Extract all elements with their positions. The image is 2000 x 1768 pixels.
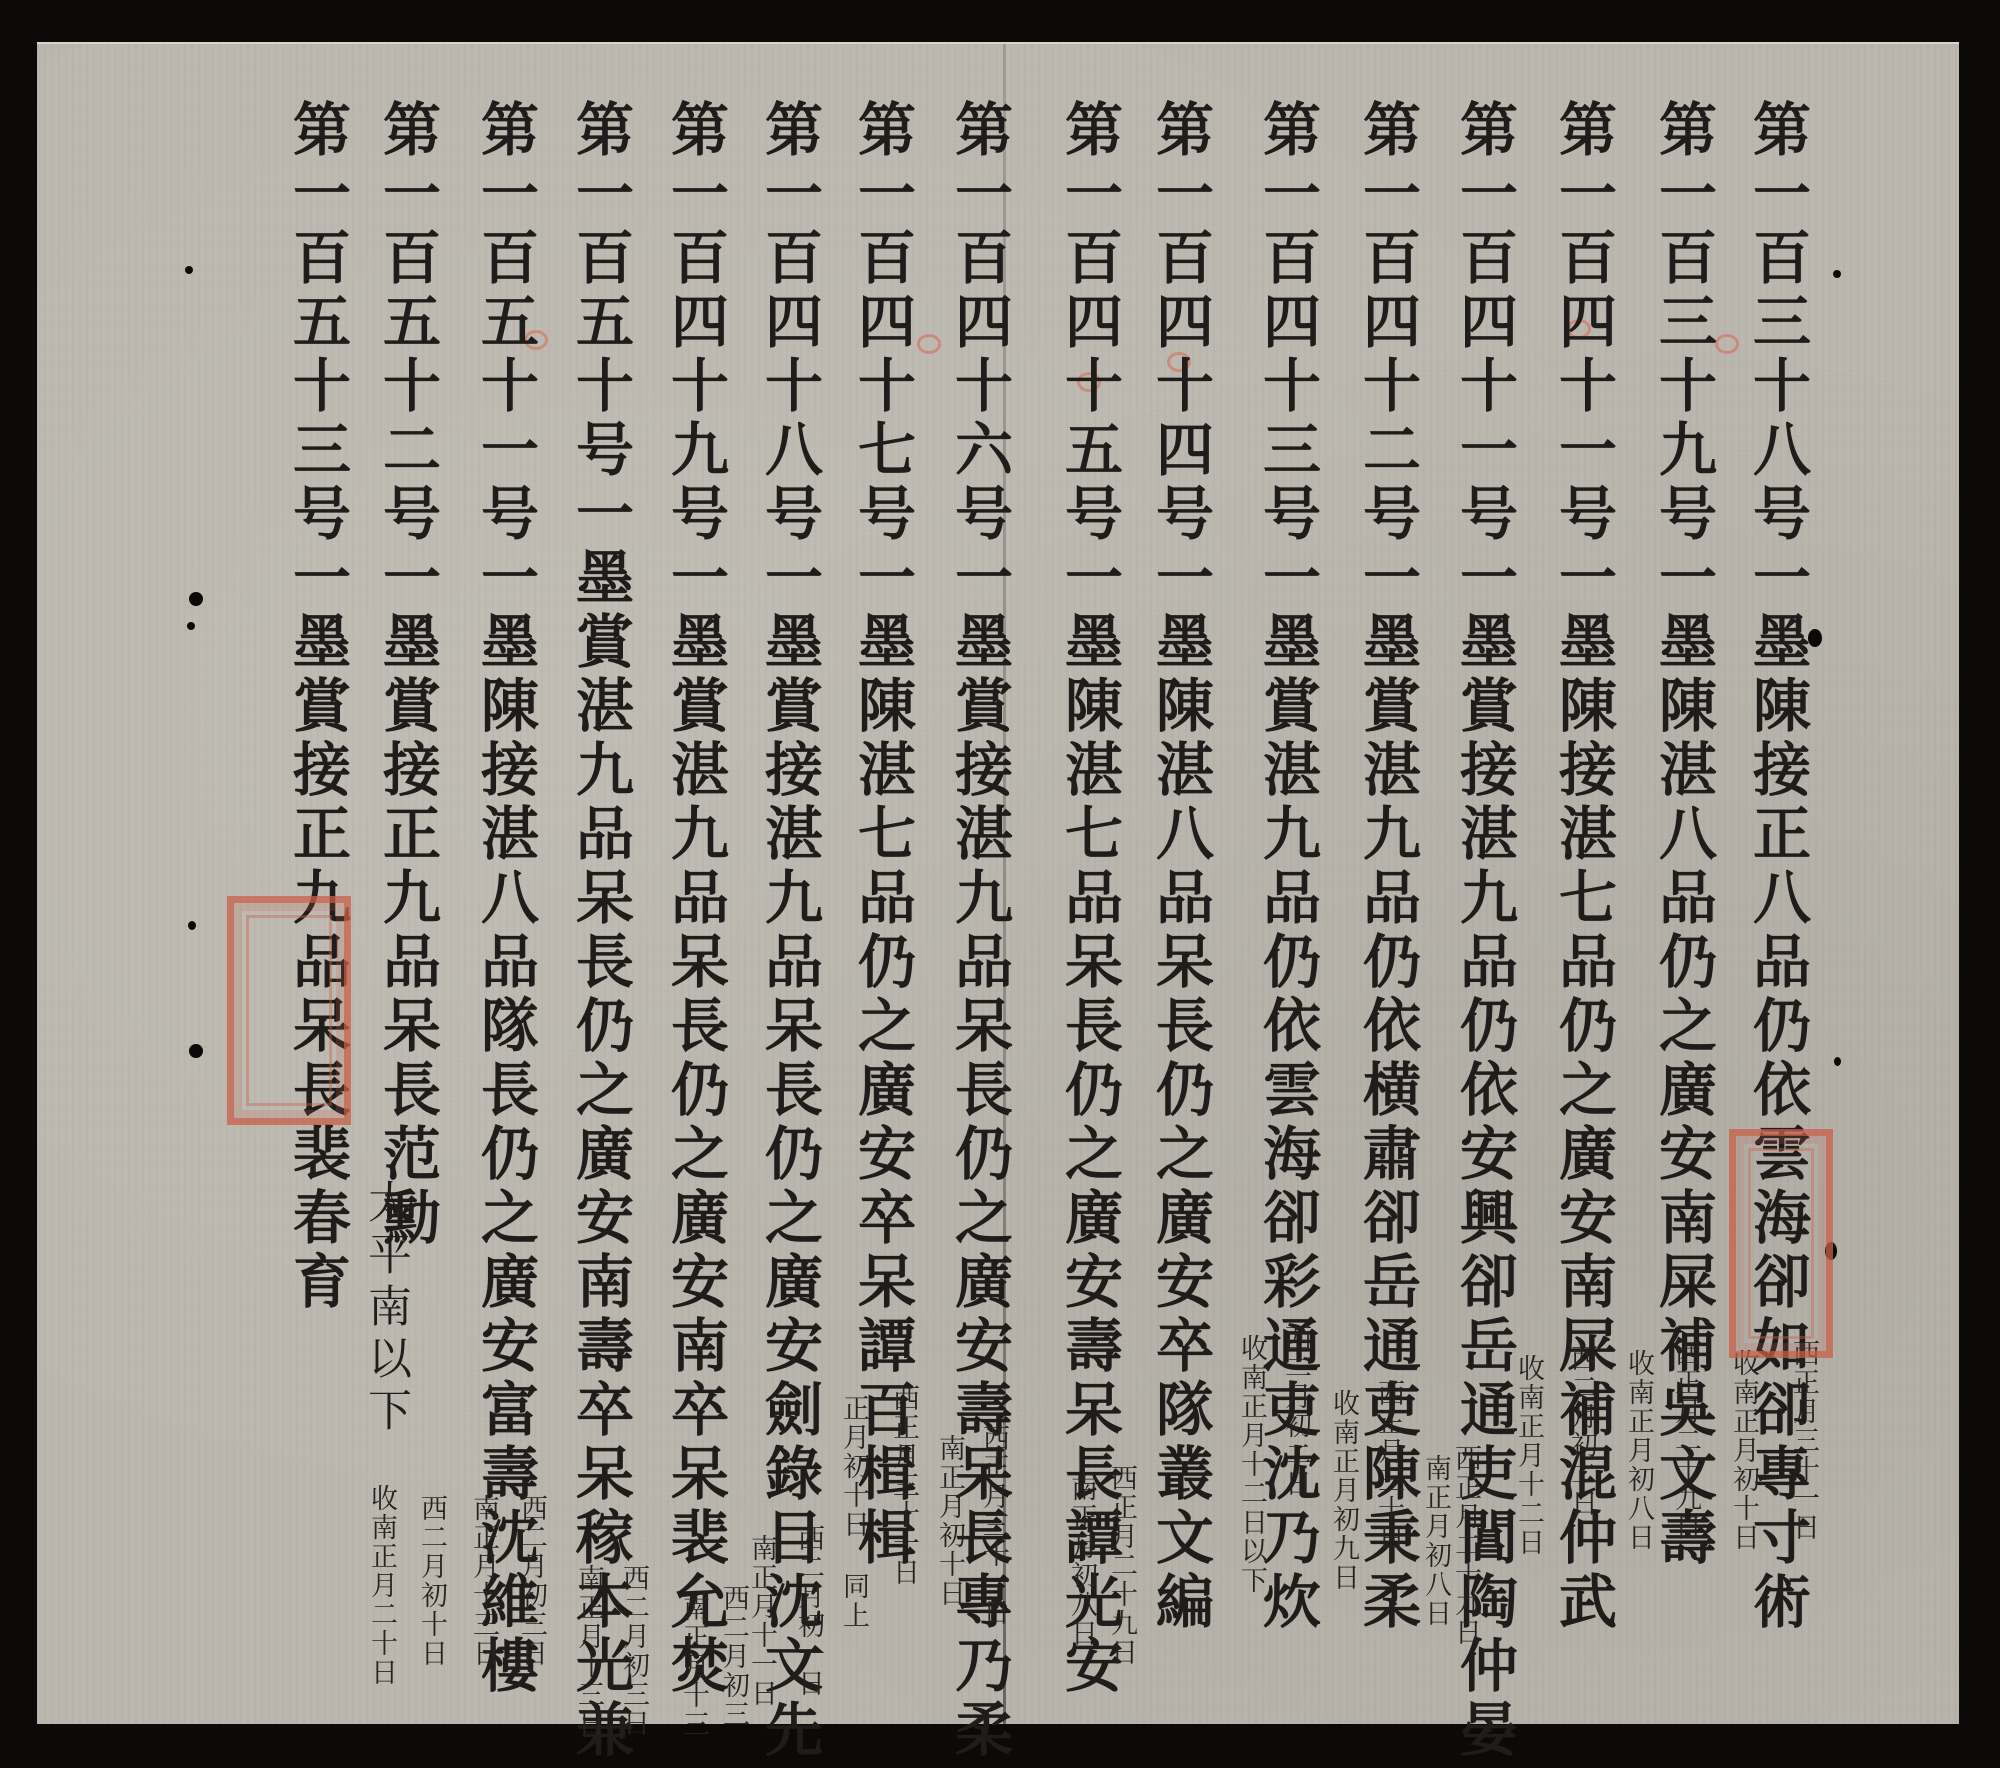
punch-hole (1833, 270, 1841, 278)
date-annotation: 西正月二十九日 (1105, 1464, 1137, 1667)
date-annotation: 收南正月十二日 (1512, 1354, 1544, 1557)
date-annotation: 西正月二十九日 (1669, 1339, 1701, 1542)
date-annotation: 正月初十日 同上 (837, 1394, 869, 1630)
punch-hole (187, 622, 195, 630)
punch-hole (189, 592, 203, 606)
date-annotation: 西二月初二日 (1565, 1344, 1597, 1518)
date-annotation: 南正月十三 (677, 1594, 709, 1739)
register-entry-151: 第一百五十一号一墨陳接湛八品隊長仍之廣安富壽沈維樓 (465, 99, 545, 1699)
date-annotation: 收南正月二十日 (365, 1484, 397, 1687)
date-annotation: 收南正月初九日 (1327, 1389, 1359, 1592)
date-annotation: 收南正月初八日 (1622, 1349, 1654, 1552)
date-annotation: 西正月二十九日 (1449, 1444, 1481, 1647)
red-seal-right (1729, 1129, 1833, 1358)
date-annotation: 收南正月初十日 (1727, 1349, 1759, 1552)
register-entry-147: 第一百四十七号一墨陳湛七品仍之廣安卒呆譚百楫楫 (842, 99, 922, 1571)
punch-hole (1834, 1057, 1841, 1066)
date-annotation: 西二月初十日 (415, 1494, 447, 1668)
date-annotation: 西二月初三日 (515, 1494, 547, 1668)
punch-hole (188, 921, 196, 930)
date-annotation: 西二月初三 (717, 1584, 749, 1729)
date-annotation: 南正月十三日 (467, 1494, 499, 1668)
register-entry-152: 第一百五十二号一墨賞接正九品呆長范勳 (367, 99, 447, 1251)
register-entry-144: 第一百四十四号一墨陳湛八品呆長仍之廣安卒隊叢文編 (1140, 99, 1220, 1635)
date-annotation: 南正月初八日 (1065, 1474, 1097, 1648)
date-annotation: 西二月初一日 (792, 1524, 824, 1698)
register-entry-153: 第一百五十三号一墨賞接正九品呆長裴春育 (277, 99, 357, 1315)
register-entry-149: 第一百四十九号一墨賞湛九品呆長仍之廣安南卒呆裴允焚 (655, 99, 735, 1699)
punch-hole (185, 266, 193, 274)
date-annotation: 西二月初二日 (1279, 1324, 1311, 1498)
date-annotation: 南正月初十日 (933, 1434, 965, 1608)
date-annotation: 南正月初八日 (1419, 1454, 1451, 1628)
date-annotation: 南正月十三日 (572, 1564, 604, 1738)
date-annotation: 西正月三十一日 (1787, 1339, 1819, 1542)
register-entry-150: 第一百五十号一墨賞湛九品呆長仍之廣安南壽卒呆稼本光兼 (560, 99, 640, 1763)
register-entry-145: 第一百四十五号一墨陳湛七品呆長仍之廣安壽呆長譚光安 (1049, 99, 1129, 1699)
date-annotation: 南正月十一日 (745, 1534, 777, 1708)
date-annotation: 西正月三十一日 (887, 1384, 919, 1587)
register-entry-148: 第一百四十八号一墨賞接湛九品呆長仍之廣安劍錄目沈文先 (749, 99, 829, 1763)
date-annotation: 收南正月十二日以下 (1235, 1334, 1267, 1595)
closing-signature: 太平南以下 (355, 1179, 415, 1439)
date-annotation: 西正月三十日 (1372, 1379, 1404, 1553)
punch-hole (189, 1044, 203, 1058)
red-seal-left (227, 896, 351, 1125)
manuscript-sheet: 第一百三十八号一墨陳接正八品仍依雲海卻如卻專寸術 第一百三十九号一墨陳湛八品仍之… (37, 42, 1959, 1724)
date-annotation: 西正月三十一日 (977, 1424, 1009, 1627)
date-annotation: 西二月初三日 (617, 1564, 649, 1738)
